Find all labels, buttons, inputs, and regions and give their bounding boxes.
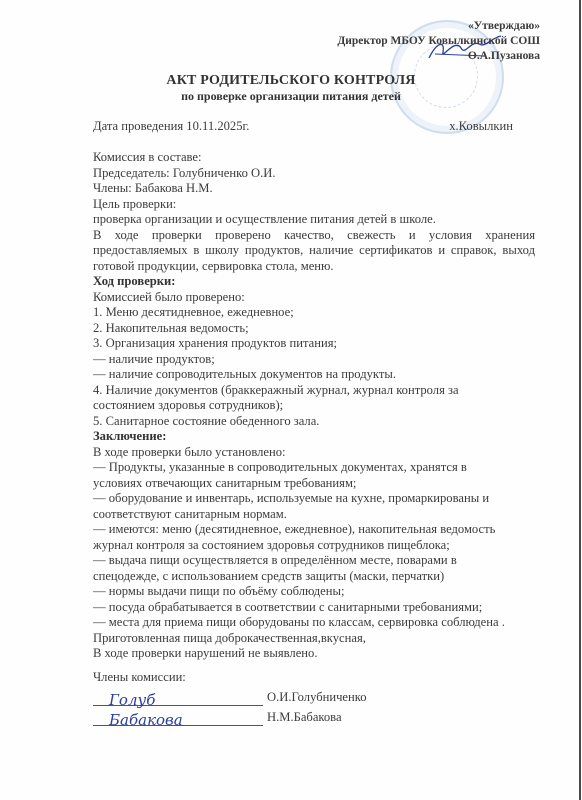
progress-item: 3. Организация хранения продуктов питани… [93, 336, 535, 352]
goal-details: В ходе проверки проверено качество, свеж… [93, 228, 535, 275]
conclusion-line: журнал контроля за состоянием здоровья с… [93, 538, 535, 554]
progress-heading: Ход проверки: [93, 274, 535, 290]
progress-item: — наличие сопроводительных документов на… [93, 367, 535, 383]
commission-chair: Председатель: Голубниченко О.И. [93, 166, 535, 182]
commission-members: Члены: Бабакова Н.М. [93, 181, 535, 197]
spacer [93, 135, 535, 151]
commission-heading: Комиссия в составе: [93, 150, 535, 166]
conclusion-line: — оборудование и инвентарь, используемые… [93, 491, 535, 507]
document-body: Дата проведения 10.11.2025г. х.Ковылкин … [93, 119, 535, 662]
goal-text: проверка организации и осуществление пит… [93, 212, 535, 228]
signatures-block: Члены комиссии: Голуб О.И.Голубниченко Б… [93, 670, 367, 726]
progress-item: 2. Накопительная ведомость; [93, 321, 535, 337]
progress-item: 1. Меню десятидневное, ежедневное; [93, 305, 535, 321]
goal-heading: Цель проверки: [93, 197, 535, 213]
date-place-row: Дата проведения 10.11.2025г. х.Ковылкин [93, 119, 535, 135]
approval-position: Директор МБОУ Ковылкинской СОШ [337, 34, 540, 49]
conclusion-line: — посуда обрабатывается в соответствии с… [93, 600, 535, 616]
approval-block: «Утверждаю» Директор МБОУ Ковылкинской С… [337, 19, 540, 64]
document-subtitle: по проверке организации питания детей [0, 89, 582, 104]
progress-item: 4. Наличие документов (браккеражный журн… [93, 383, 535, 399]
conclusion-line: спецодежде, с использованием средств защ… [93, 569, 535, 585]
progress-intro: Комиссией было проверено: [93, 290, 535, 306]
conclusion-line: Приготовленная пища доброкачественная,вк… [93, 631, 535, 647]
conclusion-line: соответствуют санитарным нормам. [93, 507, 535, 523]
conclusion-line: — выдача пищи осуществляется в определён… [93, 553, 535, 569]
signature-row: Бабакова Н.М.Бабакова [93, 706, 367, 726]
signer-name: О.И.Голубниченко [267, 690, 367, 706]
document-title: АКТ РОДИТЕЛЬСКОГО КОНТРОЛЯ [0, 73, 582, 89]
progress-item: 5. Санитарное состояние обеденного зала. [93, 414, 535, 430]
conclusion-heading: Заключение: [93, 429, 535, 445]
signer-name: Н.М.Бабакова [267, 710, 342, 726]
handwritten-signature: Бабакова [109, 713, 183, 729]
conclusion-line: условиях отвечающих санитарным требовани… [93, 476, 535, 492]
conclusion-intro: В ходе проверки было установлено: [93, 445, 535, 461]
page-edge-rule [579, 0, 581, 800]
progress-item: — наличие продуктов; [93, 352, 535, 368]
signature-row: Голуб О.И.Голубниченко [93, 686, 367, 706]
conclusion-line: — нормы выдачи пищи по объёму соблюдены; [93, 584, 535, 600]
handwritten-signature: Голуб [109, 693, 155, 709]
conclusion-line: — места для приема пищи оборудованы по к… [93, 615, 535, 631]
signature-line: Бабакова [93, 709, 263, 726]
conclusion-line: — Продукты, указанные в сопроводительных… [93, 460, 535, 476]
approval-label: «Утверждаю» [337, 19, 540, 34]
signature-line: Голуб [93, 689, 263, 706]
inspection-place: х.Ковылкин [449, 119, 513, 135]
conclusion-line: — имеются: меню (десятидневное, ежедневн… [93, 522, 535, 538]
signatures-heading: Члены комиссии: [93, 670, 367, 686]
progress-item: состоянием здоровья сотрудников); [93, 398, 535, 414]
inspection-date: Дата проведения 10.11.2025г. [93, 119, 249, 135]
approval-signer: О.А.Пузанова [337, 49, 540, 64]
conclusion-line: В ходе проверки нарушений не выявлено. [93, 646, 535, 662]
